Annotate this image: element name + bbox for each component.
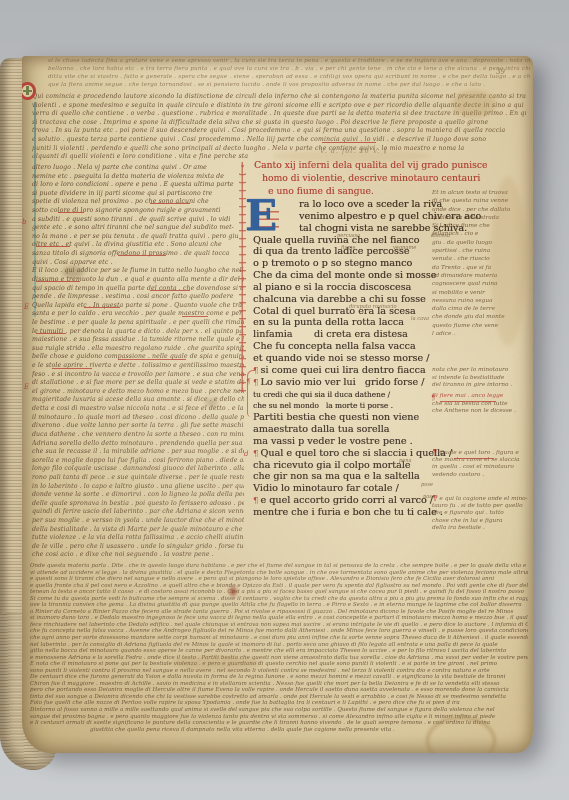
manuscript-photo: 39 si le chose ladecta fina a gratare ve…	[0, 0, 569, 800]
line-text: giu . da quello luogo	[432, 240, 492, 246]
left-gloss-line: le bestime . e per quale la pena spiritu…	[32, 319, 244, 328]
line-text: l adice .	[432, 331, 455, 337]
rubric-line: homo di violentie, descrive minotauro ce…	[254, 173, 504, 186]
left-gloss-line: donde venne la sorte . e dimorirvi . con…	[32, 491, 244, 500]
left-gloss-line: duca dathene . che vennero dentro la sor…	[32, 431, 244, 440]
line-text: da Trento . que si fa	[432, 265, 491, 271]
line-text: en su la punta della rotta lacca	[253, 317, 404, 328]
line-text: di stallatione . e si fue more per se de…	[32, 379, 244, 386]
side-note-line: che e figurato qui . tutto	[432, 510, 533, 518]
line-text: tenean la testa e ancor tutto il casso .…	[30, 589, 524, 595]
top-gloss-line: bellanno . che loro habia etc . e tra te…	[48, 66, 530, 74]
rubric-line: Canto xij inferni dela qualita del vij g…	[254, 160, 504, 173]
left-gloss-line: le tumulti . per denota la quarta e dict…	[32, 328, 244, 337]
red-underline-mark	[150, 290, 190, 291]
red-margin-mark: E	[24, 383, 29, 391]
line-text: bellanno . che loro habia etc . e tra te…	[48, 66, 530, 72]
red-margin-mark: ¶	[246, 378, 250, 386]
line-text: si intende la bestialitade	[432, 375, 504, 381]
left-gloss-line: quindi di ferire uscio del laberinto . p…	[32, 508, 244, 517]
line-text: donde venne la sorte . e dimorirvi . con…	[32, 491, 244, 498]
left-gloss-line: e le stole aprire . riverta e dette . to…	[32, 362, 244, 371]
left-gloss-line: dixerono . due volte lanno per sorte la …	[32, 422, 244, 431]
line-text: Dintorno al fosso vanno a mille a mille …	[30, 707, 495, 713]
line-text: Quale e quel toro . figura e	[439, 450, 518, 456]
red-underline-mark	[454, 458, 494, 459]
parchment-stain	[62, 266, 84, 278]
line-text: De centauri dice che furono generati da …	[30, 674, 506, 680]
verse-line: amaestrato dalla tua sorella	[253, 424, 465, 436]
line-text: altero luogo . Nela vj parte che contina…	[32, 164, 207, 171]
line-text: Adriana sorella dello detto minotauro . …	[32, 440, 244, 447]
line-text: o p tremoto o p so stegno manco	[253, 258, 412, 269]
left-gloss-line: sorella e moglie doppo lui fue figlia . …	[32, 457, 244, 466]
parchment-stain	[272, 150, 432, 162]
line-text: spetie di violenza nel proximo . po che …	[32, 198, 209, 205]
left-gloss-line: il minotauro . lo quale mori ad theseo .…	[32, 414, 244, 423]
line-text: ad dimandare materia	[432, 273, 497, 279]
red-underline-mark	[84, 307, 120, 308]
line-text: gente etc . e sono altri tiranni che nel…	[32, 224, 234, 231]
verse-line: et quando vide noi se stesso morse /	[253, 353, 465, 365]
left-gloss-line: nemine etc . pseguita la detta materia d…	[32, 173, 244, 182]
red-underline-mark	[440, 401, 496, 402]
line-text: sanza titolo di signoria offendono il pr…	[32, 250, 229, 257]
line-text: ra lo loco ove a sceder la riva	[299, 199, 442, 210]
side-note-line: Si fiere mai . anco legge	[432, 393, 533, 401]
line-text: vedendo costoro .	[432, 472, 484, 478]
line-text: che fu concepta nella falsa vacca . Aven…	[30, 628, 528, 634]
top-gloss-line: si le chose ladecta fina a gratare vene …	[48, 58, 530, 66]
manuscript-page: 39 si le chose ladecta fina a gratare ve…	[22, 56, 533, 753]
line-text: a Rinier da Corneto a Rinier Pazzo che f…	[30, 609, 513, 615]
parchment-stain	[452, 90, 496, 118]
line-text: oltre etc . et quivi . la divina giustit…	[32, 241, 222, 248]
side-note-line: vedendo costoro .	[432, 472, 533, 480]
line-text: tinta del suo sangue a Deianira dicendo …	[30, 694, 506, 700]
line-text: ma vassi p veder le vostre pene .	[253, 436, 413, 447]
side-note-line: ¶Quale e quel toro . figura e	[432, 449, 533, 457]
left-gloss-line: altero luogo . Nela vj parte che contina…	[32, 164, 244, 173]
left-gloss-line: gente etc . e sono altri tiranni che nel…	[32, 224, 244, 233]
interlinear-gloss: la cava	[411, 314, 429, 326]
side-note-line: tauro fu . si de tutto per quello	[432, 503, 533, 511]
left-gloss-line: di stallatione . e si fue more per se de…	[32, 379, 244, 388]
red-underline-mark	[36, 281, 80, 282]
left-gloss-line: si puote dividere in iij parti sicome qu…	[32, 190, 244, 199]
line-text: di loro e loro condicioni . opere e pena…	[32, 181, 234, 188]
bottom-commentary: Onde questa materia parla . Dite . che i…	[30, 563, 528, 733]
side-note-bull: ¶Quale e quel toro . figura eche mostra …	[432, 449, 533, 479]
line-text: feso . e si incontro la vacca e trovollo…	[32, 371, 244, 378]
line-text: spartissi . che ruina	[432, 248, 490, 254]
left-gloss-line: a subditi . e questi sono tiranni . de q…	[32, 216, 244, 225]
interlinear-gloss: percussa	[337, 231, 360, 243]
side-note-beast: Si fiere mai . anco leggeche sia la best…	[432, 393, 533, 416]
line-text: E nota che il minotauro si pone qui per …	[30, 661, 497, 667]
line-text: Si fiere mai . anco legge	[432, 393, 503, 399]
paraph-mark: ¶	[253, 496, 258, 506]
line-text: cognoscere qual ruina	[432, 281, 498, 287]
line-text: nemine etc . pseguita la detta materia d…	[32, 173, 224, 180]
line-text: giustitia che quella pena riceva il damp…	[90, 727, 395, 733]
line-text: gitto nella bocca del minotauro quando e…	[30, 648, 506, 654]
line-text: ditta vite che si viastro . fatto e gene…	[48, 74, 530, 80]
line-text: questo fiume che vene	[432, 323, 498, 329]
line-text: Chiron fue il maggiore . maestro di Achi…	[30, 681, 500, 687]
line-text: chose che in lui e figura	[432, 518, 503, 524]
left-gloss-line: per sua moglie . e versso in ysola . und…	[32, 517, 244, 526]
line-text: homo di violentie, descrive minotauro ce…	[262, 173, 480, 184]
side-note-line: si intende la bestialitade	[432, 375, 533, 383]
line-text: sono puniti li violenti contra il proxim…	[30, 668, 490, 674]
left-gloss-line: spetie di violenza nel proximo . po che …	[32, 198, 244, 207]
left-gloss-line: che sua le recasse il . la mirabile adri…	[32, 448, 244, 457]
line-text: a subditi . e questi sono tiranni . de q…	[32, 216, 230, 223]
left-gloss-line: in lo laberinto . lo capo e laltro giust…	[32, 483, 244, 492]
interlinear-gloss: pose	[421, 480, 433, 492]
line-text: Onde questa materia parla . Dite . che i…	[30, 563, 528, 569]
line-text: Folo fue quelli che alle nozze di Perito…	[30, 700, 460, 706]
verse-line: Che fu concepta nella falsa vacca	[253, 341, 465, 353]
intro-gloss-line: e solutio . questa terza parte contiene …	[32, 136, 526, 145]
drop-cap-initial: E	[243, 195, 287, 241]
line-text: sua ruigle strida . ella maestro regolan…	[32, 345, 244, 352]
parchment-stain	[490, 176, 526, 346]
line-text: per sua moglie . e versso in ysola . und…	[32, 517, 244, 524]
side-note-line: in quella . cosi el minotauro	[432, 464, 533, 472]
line-text: si come quei cui lira dentro fiacca	[260, 365, 425, 376]
line-text: Che fu concepta nella falsa vacca	[253, 341, 416, 352]
line-text: Che da cima del monte onde si mosse	[253, 270, 436, 281]
left-gloss-line: che cosi acio . e dixe che noi seguendo …	[32, 551, 244, 560]
line-text: che Anthene non le dicesse .	[432, 408, 516, 414]
line-text: si mobilito e venir	[432, 290, 485, 296]
side-note-line: del tiranno in gire intorno .	[432, 382, 533, 390]
line-text: fece rinchiudere nel laberinto che Dedal…	[30, 622, 528, 628]
line-text: Qual e quel toro che si slaccia i quella…	[260, 448, 452, 459]
line-text: si puote dividere in iij parti sicome qu…	[32, 190, 212, 197]
line-text: et quando vide noi se stesso morse /	[253, 353, 429, 364]
left-gloss-line: santa e per lo caldo . era vecchio . per…	[32, 310, 244, 319]
line-text: tu credi che qui sia il duca dathene /	[253, 390, 390, 399]
left-gloss-line: belle chose e guidono compassione . nell…	[32, 353, 244, 362]
line-text: e menossene Adriana e la sorella Fedra .…	[30, 655, 528, 661]
initial-letter: E	[245, 193, 277, 239]
line-text: e li centauri armati di saette significa…	[30, 720, 490, 726]
line-text: tutte violenze . e la via della rotta fa…	[32, 534, 244, 541]
line-text: il minotauro . lo quale mori ad theseo .…	[32, 414, 244, 421]
interlinear-gloss: fiume	[341, 243, 356, 255]
left-gloss-line: pende . de limpresse . vestima . cosi an…	[32, 293, 244, 302]
line-text: del tiranno in gire intorno .	[432, 382, 512, 388]
line-text: si inamoro duno toro . e Dedalo maestro …	[30, 615, 528, 621]
line-text: amaestrato dalla tua sorella	[253, 424, 389, 435]
line-text: mentre che i furia e bon che tu ti cale …	[253, 507, 443, 518]
parchment-stain	[230, 587, 236, 596]
top-gloss-line: ditta vite che si viastro . fatto e gene…	[48, 74, 530, 82]
line-text: quivi . Cosi apparve etc .	[32, 259, 112, 266]
side-note-ira: ¶e qui la cagione onde el mino-tauro fu …	[432, 495, 533, 533]
side-note-line: della ira bestiale .	[432, 525, 533, 533]
top-marginalia: si le chose ladecta fina a gratare vene …	[48, 58, 530, 90]
top-gloss-line: que la fiera anime segue . che tergo tor…	[48, 82, 530, 90]
intro-gloss-line: puniti li violenti . perdendo e quelli c…	[32, 145, 526, 154]
left-gloss-line: no la mano . e per se piu tenuta . de qu…	[32, 233, 244, 242]
line-text: longo filo colquale uscisse . dannandosi…	[32, 465, 244, 472]
line-text: delle quale spronava in bestia . poi que…	[32, 500, 244, 507]
paraph-mark: ¶	[432, 495, 437, 503]
line-text: e quel accorto grido corri al varco /	[260, 495, 433, 506]
left-gloss-line: tutte violenze . e la via della rotta fa…	[32, 534, 244, 543]
line-text: della ira bestiale .	[432, 525, 485, 531]
line-text: che e figurato qui . tutto	[432, 510, 504, 516]
line-text: al piano e si la roccia discoscesa	[253, 282, 411, 293]
interlinear-gloss: pena	[399, 456, 412, 468]
line-text: linfamia di creta era distesa	[253, 329, 408, 340]
line-text: que la fiera anime segue . che tergo tor…	[48, 82, 485, 88]
red-margin-mark: b	[22, 218, 26, 226]
line-text: di qua da trento ladice percosse	[253, 246, 409, 257]
line-text: duca dathene . che vennero dentro la sor…	[32, 431, 244, 438]
left-gloss-line: longo filo colquale uscisse . dannandosi…	[32, 465, 244, 474]
line-text: no la mano . e per se piu tenuta . de qu…	[32, 233, 239, 240]
left-gloss-line: qui spacio di tempo in quella parte del …	[32, 285, 244, 294]
line-text: che cosi acio . e dixe che noi seguendo …	[32, 551, 214, 558]
red-underline-mark	[58, 212, 84, 213]
line-text: e questi sono li tiranni che diero nel s…	[30, 576, 494, 582]
red-underline-mark	[52, 368, 92, 369]
line-text: che gir non sa ma qua e la saltella	[253, 471, 420, 482]
line-text: nel laberinto . per lo consiglio di Adri…	[30, 642, 498, 648]
line-text: pende . de limpresse . vestima . cosi an…	[32, 293, 234, 300]
red-margin-mark: E	[24, 303, 29, 311]
line-text: quale si fa della strada	[432, 215, 499, 221]
line-text: e quella fronte cha il pel cosi nero e A…	[30, 583, 528, 589]
parchment-stain	[172, 656, 262, 670]
red-margin-mark: d	[244, 450, 248, 458]
line-text: Si l adice fiume che	[432, 223, 490, 229]
line-text: dixerono . due volte lanno per sorte la …	[32, 422, 244, 429]
line-text: sangue del proximo bagna . e pero quanto…	[30, 714, 495, 720]
line-text: quindi di ferire uscio del laberinto . p…	[32, 508, 244, 515]
red-margin-mark: ¶	[431, 394, 435, 402]
red-underline-mark	[322, 142, 376, 143]
side-note-minotaur: nota che per lo minotaurosi intende la b…	[432, 367, 533, 390]
left-gloss-line: rono pali tanta di pece . e sue quintale…	[32, 474, 244, 483]
left-gloss-line: maiestione . e sua fessa assidue . la tu…	[32, 336, 244, 345]
line-text: dalla cima de le terre	[432, 306, 495, 312]
side-note-line: nota che per lo minotauro	[432, 367, 533, 375]
verse-line: ma vassi p veder le vostre pene .	[253, 436, 465, 448]
paraph-mark: ¶	[253, 449, 258, 459]
line-text: e qui la cagione onde el mino-	[439, 496, 527, 502]
line-text: le bestime . e per quale la pena spiritu…	[32, 319, 244, 326]
left-gloss-line: feso . e si incontro la vacca e trovollo…	[32, 371, 244, 380]
left-gloss-line: Quella lapida etc . In questa parte si p…	[32, 302, 244, 311]
red-underline-mark	[118, 255, 166, 256]
line-text: qui spacio di tempo in quella parte del …	[32, 285, 244, 292]
line-text: che ogni anno per sorte dovessono mandar…	[30, 635, 528, 641]
line-text: ove la tirannia convien che gema . La di…	[30, 602, 522, 608]
line-text: in quella . cosi el minotauro	[432, 464, 514, 470]
red-underline-mark	[118, 359, 186, 360]
line-text: nessuna ruina segua	[432, 298, 493, 304]
line-text: in lo laberinto . lo capo e laltro giust…	[32, 483, 244, 490]
left-gloss-line: quivi . Cosi apparve etc .	[32, 259, 244, 268]
intro-gloss-line: trova . In su la punta etc . poi pone il…	[32, 127, 526, 136]
paraph-mark: ¶	[432, 449, 437, 457]
line-text: trova . In su la punta etc . poi pone il…	[32, 127, 505, 134]
line-text: della bestialitade . la vista di Marte p…	[32, 526, 244, 533]
line-text: fellanoch . cio e	[432, 231, 478, 237]
line-text: santa e per lo caldo . era vecchio . per…	[32, 310, 244, 317]
left-gloss-line: de le ville . pero che li usassero . und…	[32, 543, 244, 552]
line-text: e solutio . questa terza parte contiene …	[32, 136, 486, 143]
interlinear-gloss: vegname	[393, 243, 416, 255]
line-text: Si come tu da questa parte vedi lo bulic…	[30, 596, 528, 602]
left-gloss-line: della bestialitade . la vista di Marte p…	[32, 526, 244, 535]
left-gloss-line: el girone . minotauro e detto mezo homo …	[32, 388, 244, 397]
side-note-line: ¶e qui la cagione onde el mino-	[432, 495, 533, 503]
line-text: sorella e moglie doppo lui fue figlia . …	[32, 457, 244, 464]
red-underline-mark	[150, 203, 190, 204]
left-gloss-line: Adriana sorella dello detto minotauro . …	[32, 440, 244, 449]
line-text: pero che portando esso Deianira moglie d…	[30, 687, 509, 693]
parchment-stain	[205, 398, 218, 407]
line-text: che su nel mondo la morte ti porse .	[253, 401, 393, 410]
line-text: de le ville . pero che li usassero . und…	[32, 543, 244, 550]
line-text: chalcuna via darebbe a chi su fosse	[253, 294, 426, 305]
red-underline-mark	[36, 333, 66, 334]
red-underline-mark	[36, 246, 70, 247]
left-commentary-column: altero luogo . Nela vj parte che contina…	[32, 164, 244, 560]
line-text: rono pali tanta di pece . e sue quintale…	[32, 474, 244, 481]
left-gloss-line: di loro e loro condicioni . opere e pena…	[32, 181, 244, 190]
side-note-line: che Anthene non le dicesse .	[432, 408, 533, 416]
line-text: Vidio lo minotauro far cotale /	[253, 483, 399, 494]
line-text: che sua le recasse il . la mirabile adri…	[32, 448, 244, 455]
line-text: maiestione . e sua fessa assidue . la tu…	[32, 336, 244, 343]
line-text: si le chose ladecta fina a gratare vene …	[48, 58, 530, 64]
interlinear-gloss: dirupato rovinacio	[349, 302, 397, 314]
line-text: verra di quello che contiene . o verba .…	[32, 110, 526, 117]
line-text: nota che per lo minotauro	[432, 367, 508, 373]
line-text: vi attende ad uccidere si legge . la div…	[30, 570, 528, 576]
line-text: venuta . che riuscio	[432, 256, 490, 262]
line-text: cha ricevuto gia il colpo mortale	[253, 460, 410, 471]
intro-gloss-line: si tractava che cose . Imprima e spone l…	[32, 119, 526, 128]
left-gloss-line: delle quale spronava in bestia . poi que…	[32, 500, 244, 509]
line-text: alquanti di quelli violenti e loro condi…	[32, 153, 248, 160]
intro-gloss-line: verra di quello che contiene . o verba .…	[32, 110, 526, 119]
line-text: si tractava che cose . Imprima e spone l…	[32, 119, 488, 126]
line-text: Partiti bestia che questi non viene	[253, 412, 419, 423]
line-text: Quella lapida etc . In questa parte si p…	[32, 302, 244, 309]
left-gloss-line: sua ruigle strida . ella maestro regolan…	[32, 345, 244, 354]
red-underline-mark	[182, 316, 208, 317]
side-note-line: chose che in lui e figura	[432, 518, 533, 526]
line-text: Qui comincia e procedendo lautore sicond…	[32, 93, 526, 100]
line-text: Lo savio mio ver lui grido forse /	[260, 377, 424, 388]
line-text: el girone . minotauro e detto mezo homo …	[32, 388, 244, 395]
line-text: tauro fu . si de tutto per quello	[432, 503, 523, 509]
